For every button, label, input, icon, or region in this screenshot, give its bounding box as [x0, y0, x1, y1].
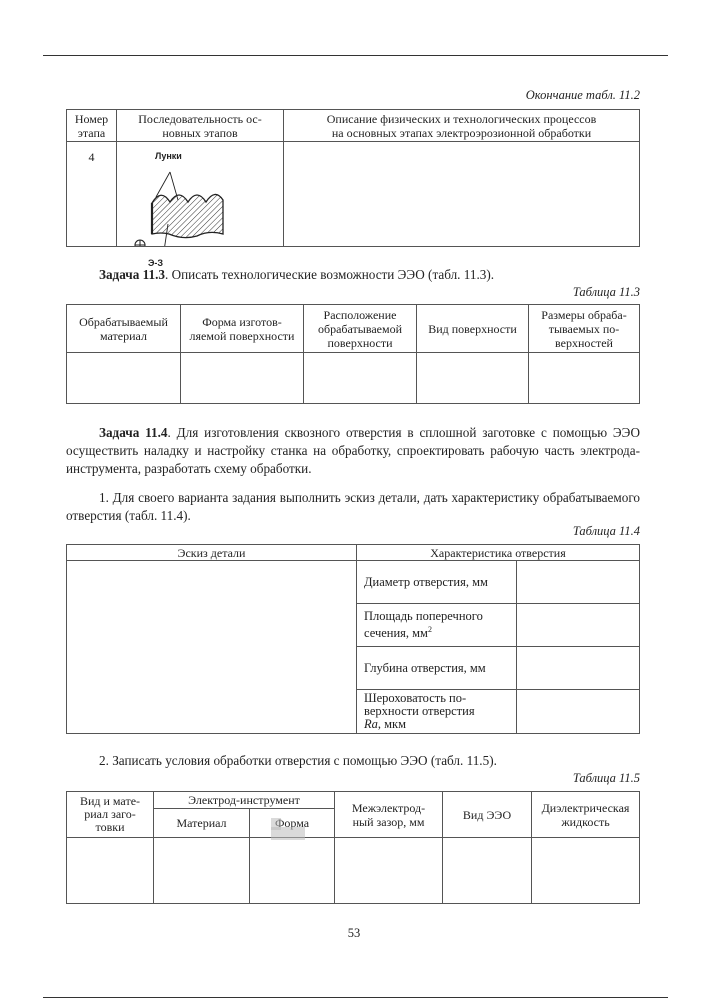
header-surface-sizes: Размеры обраба-тываемых по-верхностей	[529, 305, 640, 353]
table-11-3: Обрабатываемыйматериал Форма изготов-ляе…	[66, 304, 640, 404]
header-sequence: Последовательность ос-новных этапов	[117, 110, 284, 142]
watermark-smudge	[271, 818, 281, 830]
table-row: Диаметр отверстия, мм	[67, 561, 640, 604]
cell-blank-material[interactable]	[67, 838, 154, 904]
header-dielectric-fluid: Диэлектрическаяжидкость	[532, 792, 640, 838]
label-hole-depth: Глубина отверстия, мм	[357, 647, 517, 690]
table-11-4: Эскиз детали Характеристика отверстия Ди…	[66, 544, 640, 734]
table-11-3-caption: Таблица 11.3	[573, 285, 640, 300]
cell-material[interactable]	[67, 353, 181, 404]
value-hole-diameter[interactable]	[517, 561, 640, 604]
stage-description-cell[interactable]	[284, 142, 640, 247]
value-cross-section-area[interactable]	[517, 604, 640, 647]
sketch-cell[interactable]	[67, 561, 357, 734]
value-roughness[interactable]	[517, 690, 640, 734]
cell-surface-type[interactable]	[417, 353, 529, 404]
table-row	[67, 353, 640, 404]
stage-number-cell: 4	[67, 142, 117, 247]
header-interelectrode-gap: Межэлектрод-ный зазор, мм	[335, 792, 443, 838]
cell-dielectric-fluid[interactable]	[532, 838, 640, 904]
header-stage-number: Номерэтапа	[67, 110, 117, 142]
task-11-3-paragraph: Задача 11.3. Описать технологические воз…	[66, 266, 640, 284]
table-row: 4 Лунки	[67, 142, 640, 247]
cell-eeo-type[interactable]	[443, 838, 532, 904]
task-11-4-step-1: 1. Для своего варианта задания выполнить…	[66, 489, 640, 525]
table-row	[67, 838, 640, 904]
table-header-row: Номерэтапа Последовательность ос-новных …	[67, 110, 640, 142]
header-sketch: Эскиз детали	[67, 545, 357, 561]
label-roughness: Шероховатость по-верхности отверстияRa, …	[357, 690, 517, 734]
header-electrode-tool: Электрод-инструмент	[154, 792, 335, 809]
cell-surface-location[interactable]	[304, 353, 417, 404]
table-11-2: Номерэтапа Последовательность ос-новных …	[66, 109, 640, 247]
task-11-3-label: Задача 11.3	[99, 267, 165, 282]
crater-diagram-svg	[117, 142, 277, 246]
label-hole-diameter: Диаметр отверстия, мм	[357, 561, 517, 604]
header-surface-location: Расположениеобрабатываемойповерхности	[304, 305, 417, 353]
header-description: Описание физических и технологических пр…	[284, 110, 640, 142]
page-number: 53	[0, 926, 708, 941]
cell-surface-shape[interactable]	[181, 353, 304, 404]
header-rule	[43, 55, 668, 56]
table-header-row: Обрабатываемыйматериал Форма изготов-ляе…	[67, 305, 640, 353]
table-11-4-caption: Таблица 11.4	[573, 524, 640, 539]
task-11-4-paragraph: Задача 11.4. Для изготовления сквозного …	[66, 424, 640, 478]
cell-electrode-material[interactable]	[154, 838, 250, 904]
header-surface-shape: Форма изготов-ляемой поверхности	[181, 305, 304, 353]
crater-diagram: Лунки Э-З	[117, 142, 277, 246]
label-cross-section-area: Площадь поперечного сечения, мм2	[357, 604, 517, 647]
table-11-2-caption: Окончание табл. 11.2	[526, 88, 640, 103]
footer-rule	[43, 997, 668, 998]
stage-diagram-cell: Лунки Э-З	[117, 142, 284, 247]
craters-label: Лунки	[155, 149, 182, 163]
cell-surface-sizes[interactable]	[529, 353, 640, 404]
header-hole-characteristics: Характеристика отверстия	[357, 545, 640, 561]
table-header-row: Эскиз детали Характеристика отверстия	[67, 545, 640, 561]
header-material: Обрабатываемыйматериал	[67, 305, 181, 353]
cell-interelectrode-gap[interactable]	[335, 838, 443, 904]
header-surface-type: Вид поверхности	[417, 305, 529, 353]
task-11-4-step-2: 2. Записать условия обработки отверстия …	[66, 752, 640, 770]
header-blank-material: Вид и мате-риал заго-товки	[67, 792, 154, 838]
table-11-5: Вид и мате-риал заго-товки Электрод-инст…	[66, 791, 640, 904]
table-header-row: Вид и мате-риал заго-товки Электрод-инст…	[67, 792, 640, 809]
cell-electrode-shape[interactable]	[250, 838, 335, 904]
table-11-5-caption: Таблица 11.5	[573, 771, 640, 786]
header-electrode-material: Материал	[154, 809, 250, 838]
task-11-4-label: Задача 11.4	[99, 425, 168, 440]
value-hole-depth[interactable]	[517, 647, 640, 690]
header-eeo-type: Вид ЭЭО	[443, 792, 532, 838]
